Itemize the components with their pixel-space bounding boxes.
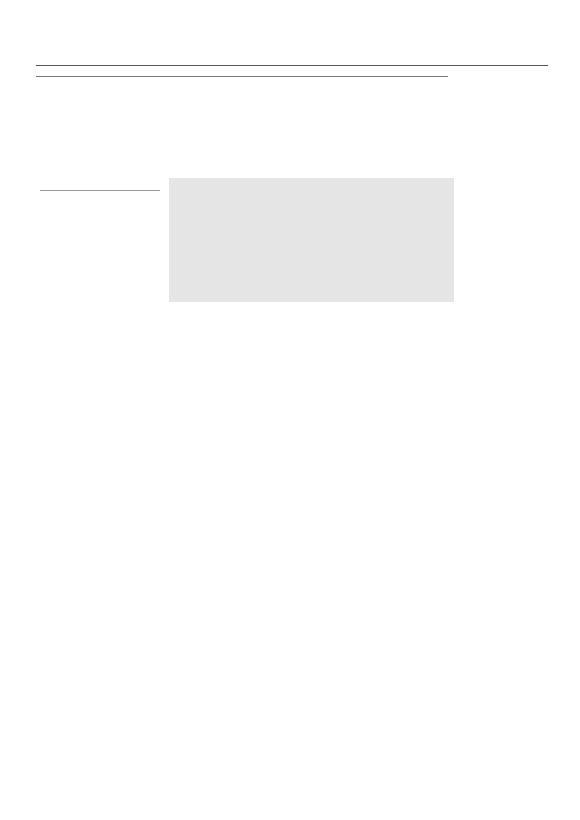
article-column-2	[170, 305, 298, 571]
box-column-1	[175, 210, 307, 300]
box-column-2	[317, 198, 449, 300]
article-kicker	[36, 75, 448, 77]
masthead	[36, 48, 548, 66]
albanese-sidebar-box	[169, 178, 454, 302]
article-column-1	[36, 200, 164, 572]
article-byline	[40, 187, 160, 191]
